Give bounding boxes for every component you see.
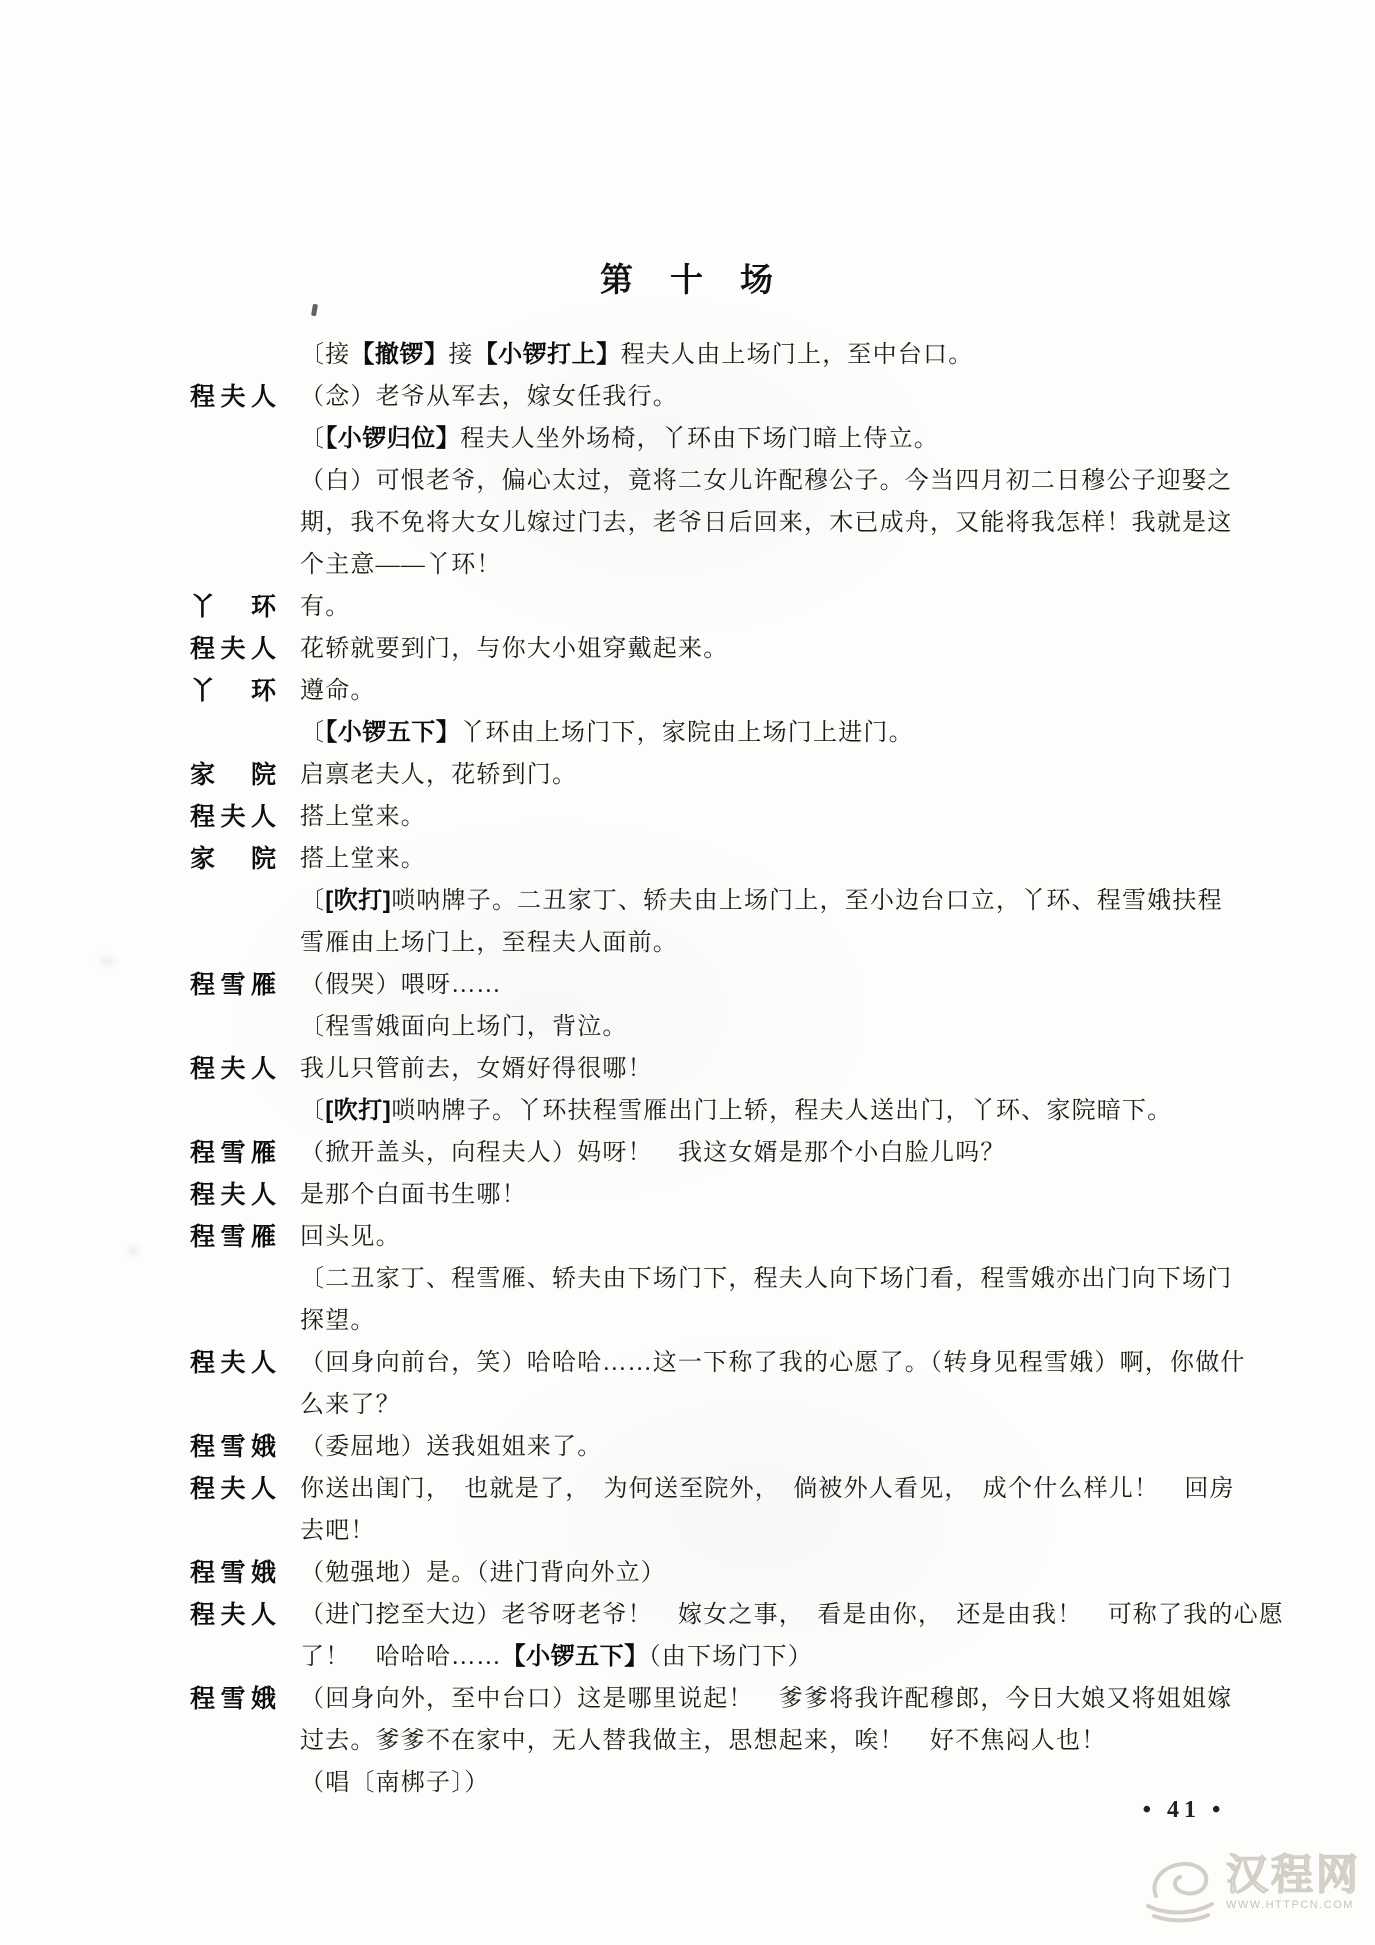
stage-direction-line: 去吧！ xyxy=(190,1510,1310,1552)
dialogue-line: 程夫人你送出闺门， 也就是了， 为何送至院外， 倘被外人看见， 成个什么样儿！ … xyxy=(190,1468,1310,1510)
line-text: （假哭）喂呀…… xyxy=(300,972,502,998)
line-text: 〔程雪娥面向上场门，背泣。 xyxy=(300,1014,628,1040)
stage-direction-line: 〔二丑家丁、程雪雁、轿夫由下场门下，程夫人向下场门看，程雪娥亦出门向下场门 xyxy=(190,1258,1310,1300)
line-text: 雪雁由上场门上，至程夫人面前。 xyxy=(300,930,678,956)
script-body: 〔接【撤锣】接【小锣打上】程夫人由上场门上，至中台口。程夫人（念）老爷从军去，嫁… xyxy=(190,334,1310,1804)
speaker-name: 家院 xyxy=(190,754,276,796)
stage-direction-line: 〔程雪娥面向上场门，背泣。 xyxy=(190,1006,1310,1048)
watermark-site-name: 汉程网 xyxy=(1226,1852,1361,1898)
stage-direction-line: 〔【小锣归位】程夫人坐外场椅，丫环由下场门暗上侍立。 xyxy=(190,418,1310,460)
speaker-name: 程夫人 xyxy=(190,1594,276,1636)
line-text: 个主意——丫环！ xyxy=(300,552,502,578)
watermark-logo-icon xyxy=(1142,1852,1220,1924)
dialogue-line: 程雪雁（假哭）喂呀…… xyxy=(190,964,1310,1006)
speaker-name: 家院 xyxy=(190,838,276,880)
line-text: 〔二丑家丁、程雪雁、轿夫由下场门下，程夫人向下场门看，程雪娥亦出门向下场门 xyxy=(300,1266,1232,1292)
line-text: 〔[吹打]唢呐牌子。二丑家丁、轿夫由上场门上，至小边台口立，丫环、程雪娥扶程 xyxy=(300,888,1223,914)
line-text: 了！ 哈哈哈……【小锣五下】（由下场门下） xyxy=(300,1644,813,1670)
dialogue-line: 程雪雁回头见。 xyxy=(190,1216,1310,1258)
dialogue-line: 程夫人（进门挖至大边）老爷呀老爷！ 嫁女之事， 看是由你， 还是由我！ 可称了我… xyxy=(190,1594,1310,1636)
stage-direction-line: 过去。爹爹不在家中，无人替我做主，思想起来，唉！ 好不焦闷人也！ xyxy=(190,1720,1310,1762)
dialogue-line: 丫环遵命。 xyxy=(190,670,1310,712)
line-text: 你送出闺门， 也就是了， 为何送至院外， 倘被外人看见， 成个什么样儿！ 回房 xyxy=(300,1476,1235,1502)
speaker-name: 程夫人 xyxy=(190,796,276,838)
dialogue-line: 程雪娥（回身向外，至中台口）这是哪里说起！ 爹爹将我许配穆郎，今日大娘又将姐姐嫁 xyxy=(190,1678,1310,1720)
stage-direction-line: 么来了？ xyxy=(190,1384,1310,1426)
stage-direction-line: 探望。 xyxy=(190,1300,1310,1342)
line-text: 花轿就要到门，与你大小姐穿戴起来。 xyxy=(300,636,728,662)
stage-direction-line: （白）可恨老爷，偏心太过，竟将二女儿许配穆公子。今当四月初二日穆公子迎娶之 xyxy=(190,460,1310,502)
line-text: （回身向前台，笑）哈哈哈……这一下称了我的心愿了。（转身见程雪娥）啊，你做什 xyxy=(300,1350,1246,1376)
line-text: 回头见。 xyxy=(300,1224,401,1250)
line-text: （勉强地）是。（进门背向外立） xyxy=(300,1560,666,1586)
line-text: 我儿只管前去，女婿好得很哪！ xyxy=(300,1056,653,1082)
line-text: 是那个白面书生哪！ xyxy=(300,1182,527,1208)
line-text: （白）可恨老爷，偏心太过，竟将二女儿许配穆公子。今当四月初二日穆公子迎娶之 xyxy=(300,468,1232,494)
speaker-name: 程夫人 xyxy=(190,1342,276,1384)
stage-direction-line: 〔接【撤锣】接【小锣打上】程夫人由上场门上，至中台口。 xyxy=(190,334,1310,376)
line-text: （掀开盖头，向程夫人）妈呀！ 我这女婿是那个小白脸儿吗？ xyxy=(300,1140,1006,1166)
stage-direction-line: 〔【小锣五下】丫环由上场门下，家院由上场门上进门。 xyxy=(190,712,1310,754)
dialogue-line: 丫环有。 xyxy=(190,586,1310,628)
dialogue-line: 程雪雁（掀开盖头，向程夫人）妈呀！ 我这女婿是那个小白脸儿吗？ xyxy=(190,1132,1310,1174)
line-text: （进门挖至大边）老爷呀老爷！ 嫁女之事， 看是由你， 还是由我！ 可称了我的心愿 xyxy=(300,1602,1284,1628)
dialogue-line: 程雪娥（委屈地）送我姐姐来了。 xyxy=(190,1426,1310,1468)
stage-direction-line: 〔[吹打]唢呐牌子。二丑家丁、轿夫由上场门上，至小边台口立，丫环、程雪娥扶程 xyxy=(190,880,1310,922)
page-number: • 41 • xyxy=(1116,1797,1252,1824)
speaker-name: 程夫人 xyxy=(190,1174,276,1216)
watermark: 汉程网 WWW.HTTPCN.COM xyxy=(1142,1852,1374,1938)
ink-speck xyxy=(311,304,318,317)
stage-direction-line: 雪雁由上场门上，至程夫人面前。 xyxy=(190,922,1310,964)
line-text: 过去。爹爹不在家中，无人替我做主，思想起来，唉！ 好不焦闷人也！ xyxy=(300,1728,1106,1754)
speaker-name: 丫环 xyxy=(190,670,276,712)
line-text: 遵命。 xyxy=(300,678,376,704)
speaker-name: 程夫人 xyxy=(190,1468,276,1510)
line-text: 〔接【撤锣】接【小锣打上】程夫人由上场门上，至中台口。 xyxy=(300,342,973,368)
line-text: 搭上堂来。 xyxy=(300,804,426,830)
line-text: 启禀老夫人，花轿到门。 xyxy=(300,762,577,788)
dialogue-line: 程夫人是那个白面书生哪！ xyxy=(190,1174,1310,1216)
scanned-script-page: 第 十 场 〔接【撤锣】接【小锣打上】程夫人由上场门上，至中台口。程夫人（念）老… xyxy=(0,0,1375,1945)
speaker-name: 程雪雁 xyxy=(190,1216,276,1258)
speaker-name: 丫环 xyxy=(190,586,276,628)
line-text: 有。 xyxy=(300,594,350,620)
line-text: 去吧！ xyxy=(300,1518,376,1544)
dialogue-line: 家院搭上堂来。 xyxy=(190,838,1310,880)
line-text: 〔【小锣五下】丫环由上场门下，家院由上场门上进门。 xyxy=(300,720,914,746)
line-text: 探望。 xyxy=(300,1308,376,1334)
dialogue-line: 程夫人花轿就要到门，与你大小姐穿戴起来。 xyxy=(190,628,1310,670)
line-text: （唱〔南梆子〕） xyxy=(300,1770,490,1796)
dialogue-line: 程夫人我儿只管前去，女婿好得很哪！ xyxy=(190,1048,1310,1090)
line-text: 期，我不免将大女儿嫁过门去，老爷日后回来，木已成舟，又能将我怎样！我就是这 xyxy=(300,510,1232,536)
line-text: 搭上堂来。 xyxy=(300,846,426,872)
dialogue-line: 程夫人搭上堂来。 xyxy=(190,796,1310,838)
stage-direction-line: 〔[吹打]唢呐牌子。丫环扶程雪雁出门上轿，程夫人送出门，丫环、家院暗下。 xyxy=(190,1090,1310,1132)
speaker-name: 程雪娥 xyxy=(190,1426,276,1468)
line-text: 么来了？ xyxy=(300,1392,401,1418)
line-text: （念）老爷从军去，嫁女任我行。 xyxy=(300,384,678,410)
speaker-name: 程夫人 xyxy=(190,1048,276,1090)
stage-direction-line: 了！ 哈哈哈……【小锣五下】（由下场门下） xyxy=(190,1636,1310,1678)
stage-direction-line: 个主意——丫环！ xyxy=(190,544,1310,586)
scan-blotch xyxy=(128,1246,138,1255)
speaker-name: 程夫人 xyxy=(190,376,276,418)
dialogue-line: 家院启禀老夫人，花轿到门。 xyxy=(190,754,1310,796)
speaker-name: 程雪雁 xyxy=(190,1132,276,1174)
scan-blotch xyxy=(100,956,114,966)
line-text: （委屈地）送我姐姐来了。 xyxy=(300,1434,602,1460)
speaker-name: 程雪雁 xyxy=(190,964,276,1006)
line-text: （回身向外，至中台口）这是哪里说起！ 爹爹将我许配穆郎，今日大娘又将姐姐嫁 xyxy=(300,1686,1232,1712)
line-text: 〔【小锣归位】程夫人坐外场椅，丫环由下场门暗上侍立。 xyxy=(300,426,939,452)
dialogue-line: 程夫人（念）老爷从军去，嫁女任我行。 xyxy=(190,376,1310,418)
speaker-name: 程夫人 xyxy=(190,628,276,670)
stage-direction-line: 期，我不免将大女儿嫁过门去，老爷日后回来，木已成舟，又能将我怎样！我就是这 xyxy=(190,502,1310,544)
speaker-name: 程雪娥 xyxy=(190,1552,276,1594)
speaker-name: 程雪娥 xyxy=(190,1678,276,1720)
scene-title: 第 十 场 xyxy=(0,254,1375,301)
line-text: 〔[吹打]唢呐牌子。丫环扶程雪雁出门上轿，程夫人送出门，丫环、家院暗下。 xyxy=(300,1098,1172,1124)
dialogue-line: 程夫人（回身向前台，笑）哈哈哈……这一下称了我的心愿了。（转身见程雪娥）啊，你做… xyxy=(190,1342,1310,1384)
watermark-site-url: WWW.HTTPCN.COM xyxy=(1226,1899,1354,1911)
dialogue-line: 程雪娥（勉强地）是。（进门背向外立） xyxy=(190,1552,1310,1594)
